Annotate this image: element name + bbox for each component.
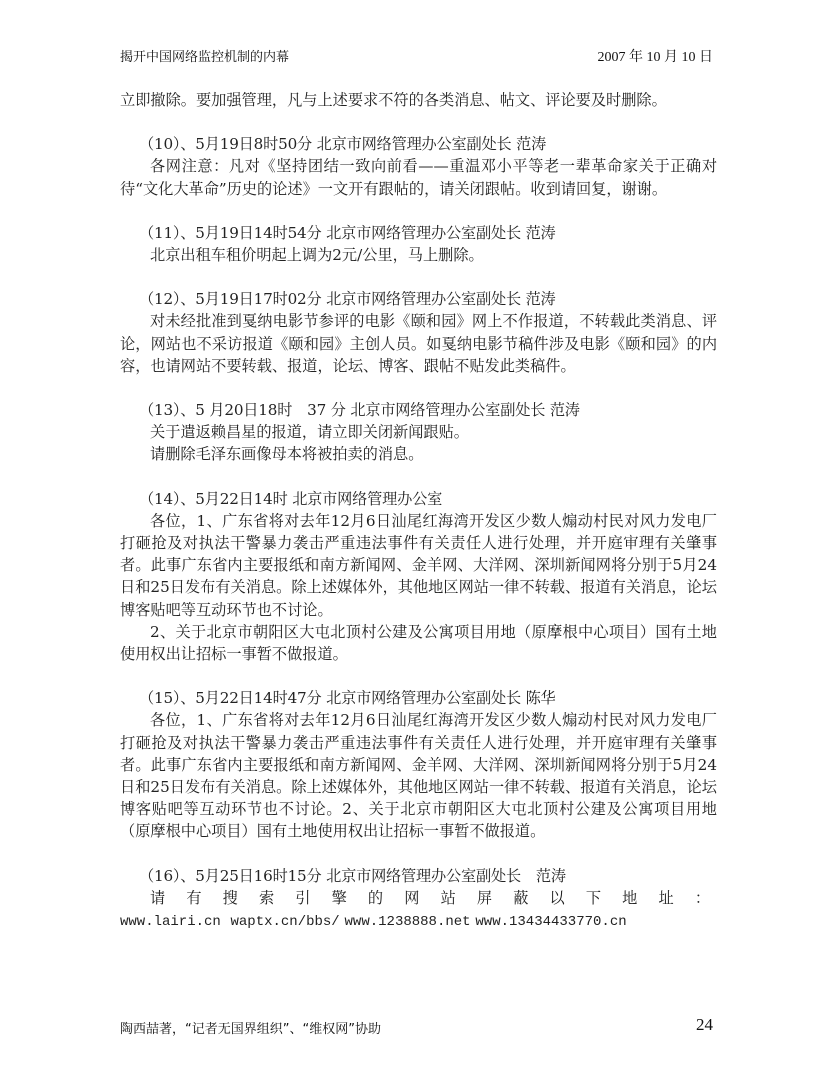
- directive-entry-13: （13）、5 月20日18时 37 分 北京市网络管理办公室副处长 范涛 关于遣…: [120, 399, 717, 466]
- directive-entry-15: （15）、5月22日14时47分 北京市网络管理办公室副处长 陈华 各位，1、广…: [120, 687, 717, 842]
- entry-heading: （13）、5 月20日18时 37 分 北京市网络管理办公室副处长 范涛: [120, 399, 717, 421]
- entry-heading: （14）、5月22日14时 北京市网络管理办公室: [120, 488, 717, 510]
- entry-body: 北京出租车租价明起上调为2元/公里，马上删除。: [120, 244, 717, 266]
- author-credit: 陶西喆著，“记者无国界组织”、“维权网”协助: [120, 1018, 381, 1037]
- directive-entry-12: （12）、5月19日17时02分 北京市网络管理办公室副处长 范涛 对未经批准到…: [120, 288, 717, 377]
- blocked-url: www.1238888.net: [345, 914, 471, 930]
- blocked-url: waptx.cn/bbs/: [230, 914, 339, 930]
- entry-body: 各位，1、广东省将对去年12月6日汕尾红海湾开发区少数人煽动村民对风力发电厂打砸…: [120, 510, 717, 621]
- page-footer: 陶西喆著，“记者无国界组织”、“维权网”协助 24: [120, 1018, 713, 1040]
- entry-body: 请删除毛泽东画像母本将被拍卖的消息。: [120, 443, 717, 465]
- document-title: 揭开中国网络监控机制的内幕: [120, 46, 289, 65]
- entry-body: 请有搜索引擎的网站屏蔽以下地址：www.lairi.cn waptx.cn/bb…: [120, 887, 717, 933]
- directive-entry-14: （14）、5月22日14时 北京市网络管理办公室 各位，1、广东省将对去年12月…: [120, 488, 717, 666]
- entry-heading: （12）、5月19日17时02分 北京市网络管理办公室副处长 范涛: [120, 288, 717, 310]
- entry-body: 关于遣返赖昌星的报道，请立即关闭新闻跟贴。: [120, 421, 717, 443]
- entry-body: 2、关于北京市朝阳区大屯北顶村公建及公寓项目用地（原摩根中心项目）国有土地使用权…: [120, 621, 717, 665]
- entry-heading: （10）、5月19日8时50分 北京市网络管理办公室副处长 范涛: [120, 133, 717, 155]
- document-body: 立即撤除。要加强管理，凡与上述要求不符的各类消息、帖文、评论要及时删除。 （10…: [120, 89, 717, 955]
- entry-body: 对未经批准到戛纳电影节参评的电影《颐和园》网上不作报道，不转载此类消息、评论，网…: [120, 310, 717, 377]
- blocked-url: www.lairi.cn: [120, 914, 221, 930]
- url-intro: 请有搜索引擎的网站屏蔽以下地址：: [150, 889, 717, 907]
- document-date: 2007 年 10 月 10 日: [598, 46, 714, 66]
- entry-heading: （16）、5月25日16时15分 北京市网络管理办公室副处长 范涛: [120, 865, 717, 887]
- blocked-url: www.13434433770.cn: [475, 914, 626, 930]
- entry-heading: （11）、5月19日14时54分 北京市网络管理办公室副处长 范涛: [120, 222, 717, 244]
- directive-entry-11: （11）、5月19日14时54分 北京市网络管理办公室副处长 范涛 北京出租车租…: [120, 222, 717, 266]
- entry-heading: （15）、5月22日14时47分 北京市网络管理办公室副处长 陈华: [120, 687, 717, 709]
- directive-entry-16: （16）、5月25日16时15分 北京市网络管理办公室副处长 范涛 请有搜索引擎…: [120, 865, 717, 934]
- entry-body: 各位，1、广东省将对去年12月6日汕尾红海湾开发区少数人煽动村民对风力发电厂打砸…: [120, 709, 717, 842]
- page-header: 揭开中国网络监控机制的内幕 2007 年 10 月 10 日: [120, 46, 713, 66]
- page-number: 24: [696, 1015, 713, 1035]
- continuation-paragraph: 立即撤除。要加强管理，凡与上述要求不符的各类消息、帖文、评论要及时删除。: [120, 89, 717, 111]
- entry-body: 各网注意：凡对《坚持团结一致向前看——重温邓小平等老一辈革命家关于正确对待“文化…: [120, 155, 717, 199]
- directive-entry-10: （10）、5月19日8时50分 北京市网络管理办公室副处长 范涛 各网注意：凡对…: [120, 133, 717, 200]
